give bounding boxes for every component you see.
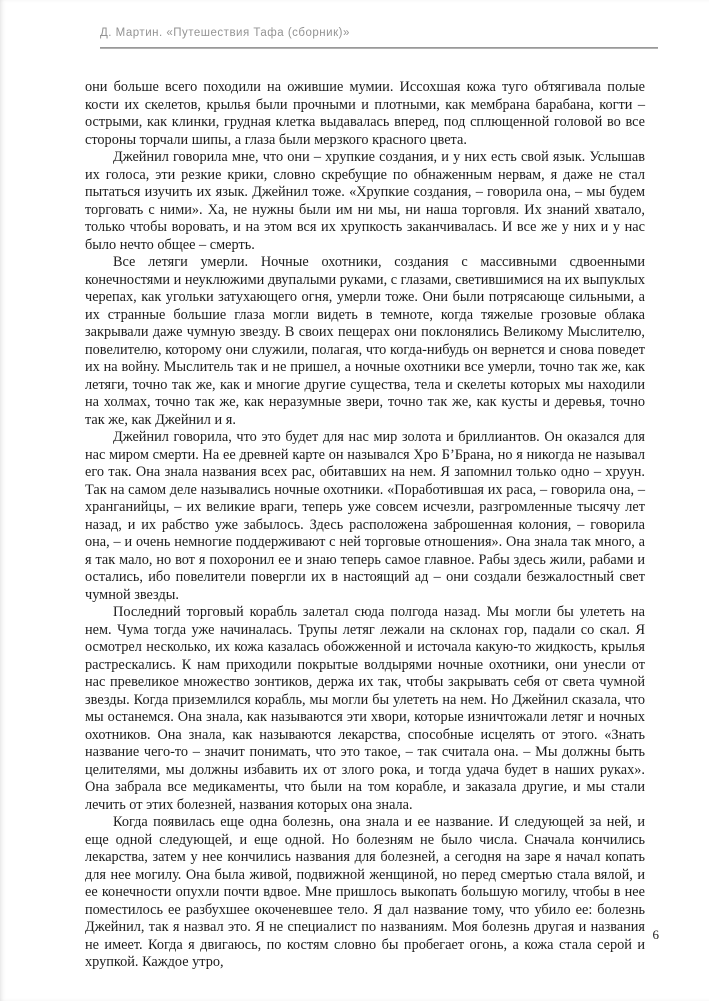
- book-page: Д. Мартин. «Путешествия Тафа (сборник)» …: [0, 0, 709, 1001]
- paragraph-1: они больше всего походили на ожившие мум…: [85, 79, 645, 149]
- paragraph-4: Джейнил говорила, что это будет для нас …: [85, 429, 645, 604]
- paragraph-3: Все летяги умерли. Ночные охотники, созд…: [85, 254, 645, 429]
- page-number: 6: [653, 927, 660, 943]
- running-header-title: Д. Мартин. «Путешествия Тафа (сборник)»: [100, 27, 350, 39]
- header-rule-divider: [100, 47, 658, 49]
- paragraph-5: Последний торговый корабль залетал сюда …: [85, 604, 645, 814]
- page-text-block: они больше всего походили на ожившие мум…: [85, 79, 645, 972]
- paragraph-6: Когда появилась еще одна болезнь, она зн…: [85, 814, 645, 972]
- paragraph-2: Джейнил говорила мне, что они – хрупкие …: [85, 149, 645, 254]
